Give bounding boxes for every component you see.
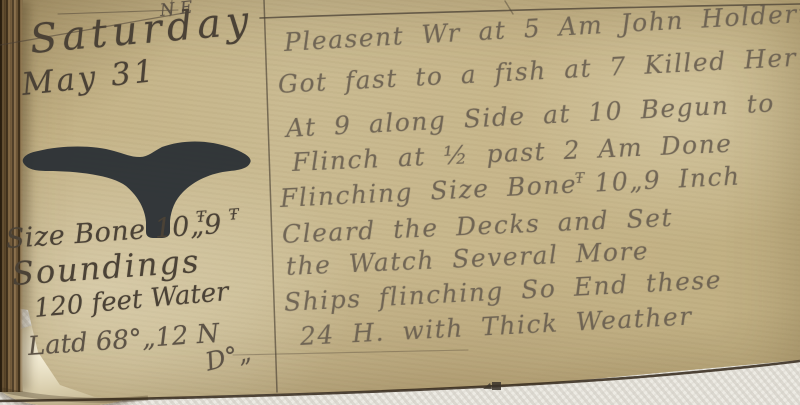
corner-shadow <box>2 390 148 400</box>
stray-stroke <box>505 1 513 14</box>
column-divider-line <box>264 0 277 392</box>
inch-mark: Ŧ <box>575 172 585 186</box>
page-bottom-edge <box>0 361 800 401</box>
bottom-rule-line <box>233 350 468 355</box>
logbook-photo: N E Saturday May 31 Ŧ Ŧ Size Bone 10„9 S… <box>0 0 800 405</box>
